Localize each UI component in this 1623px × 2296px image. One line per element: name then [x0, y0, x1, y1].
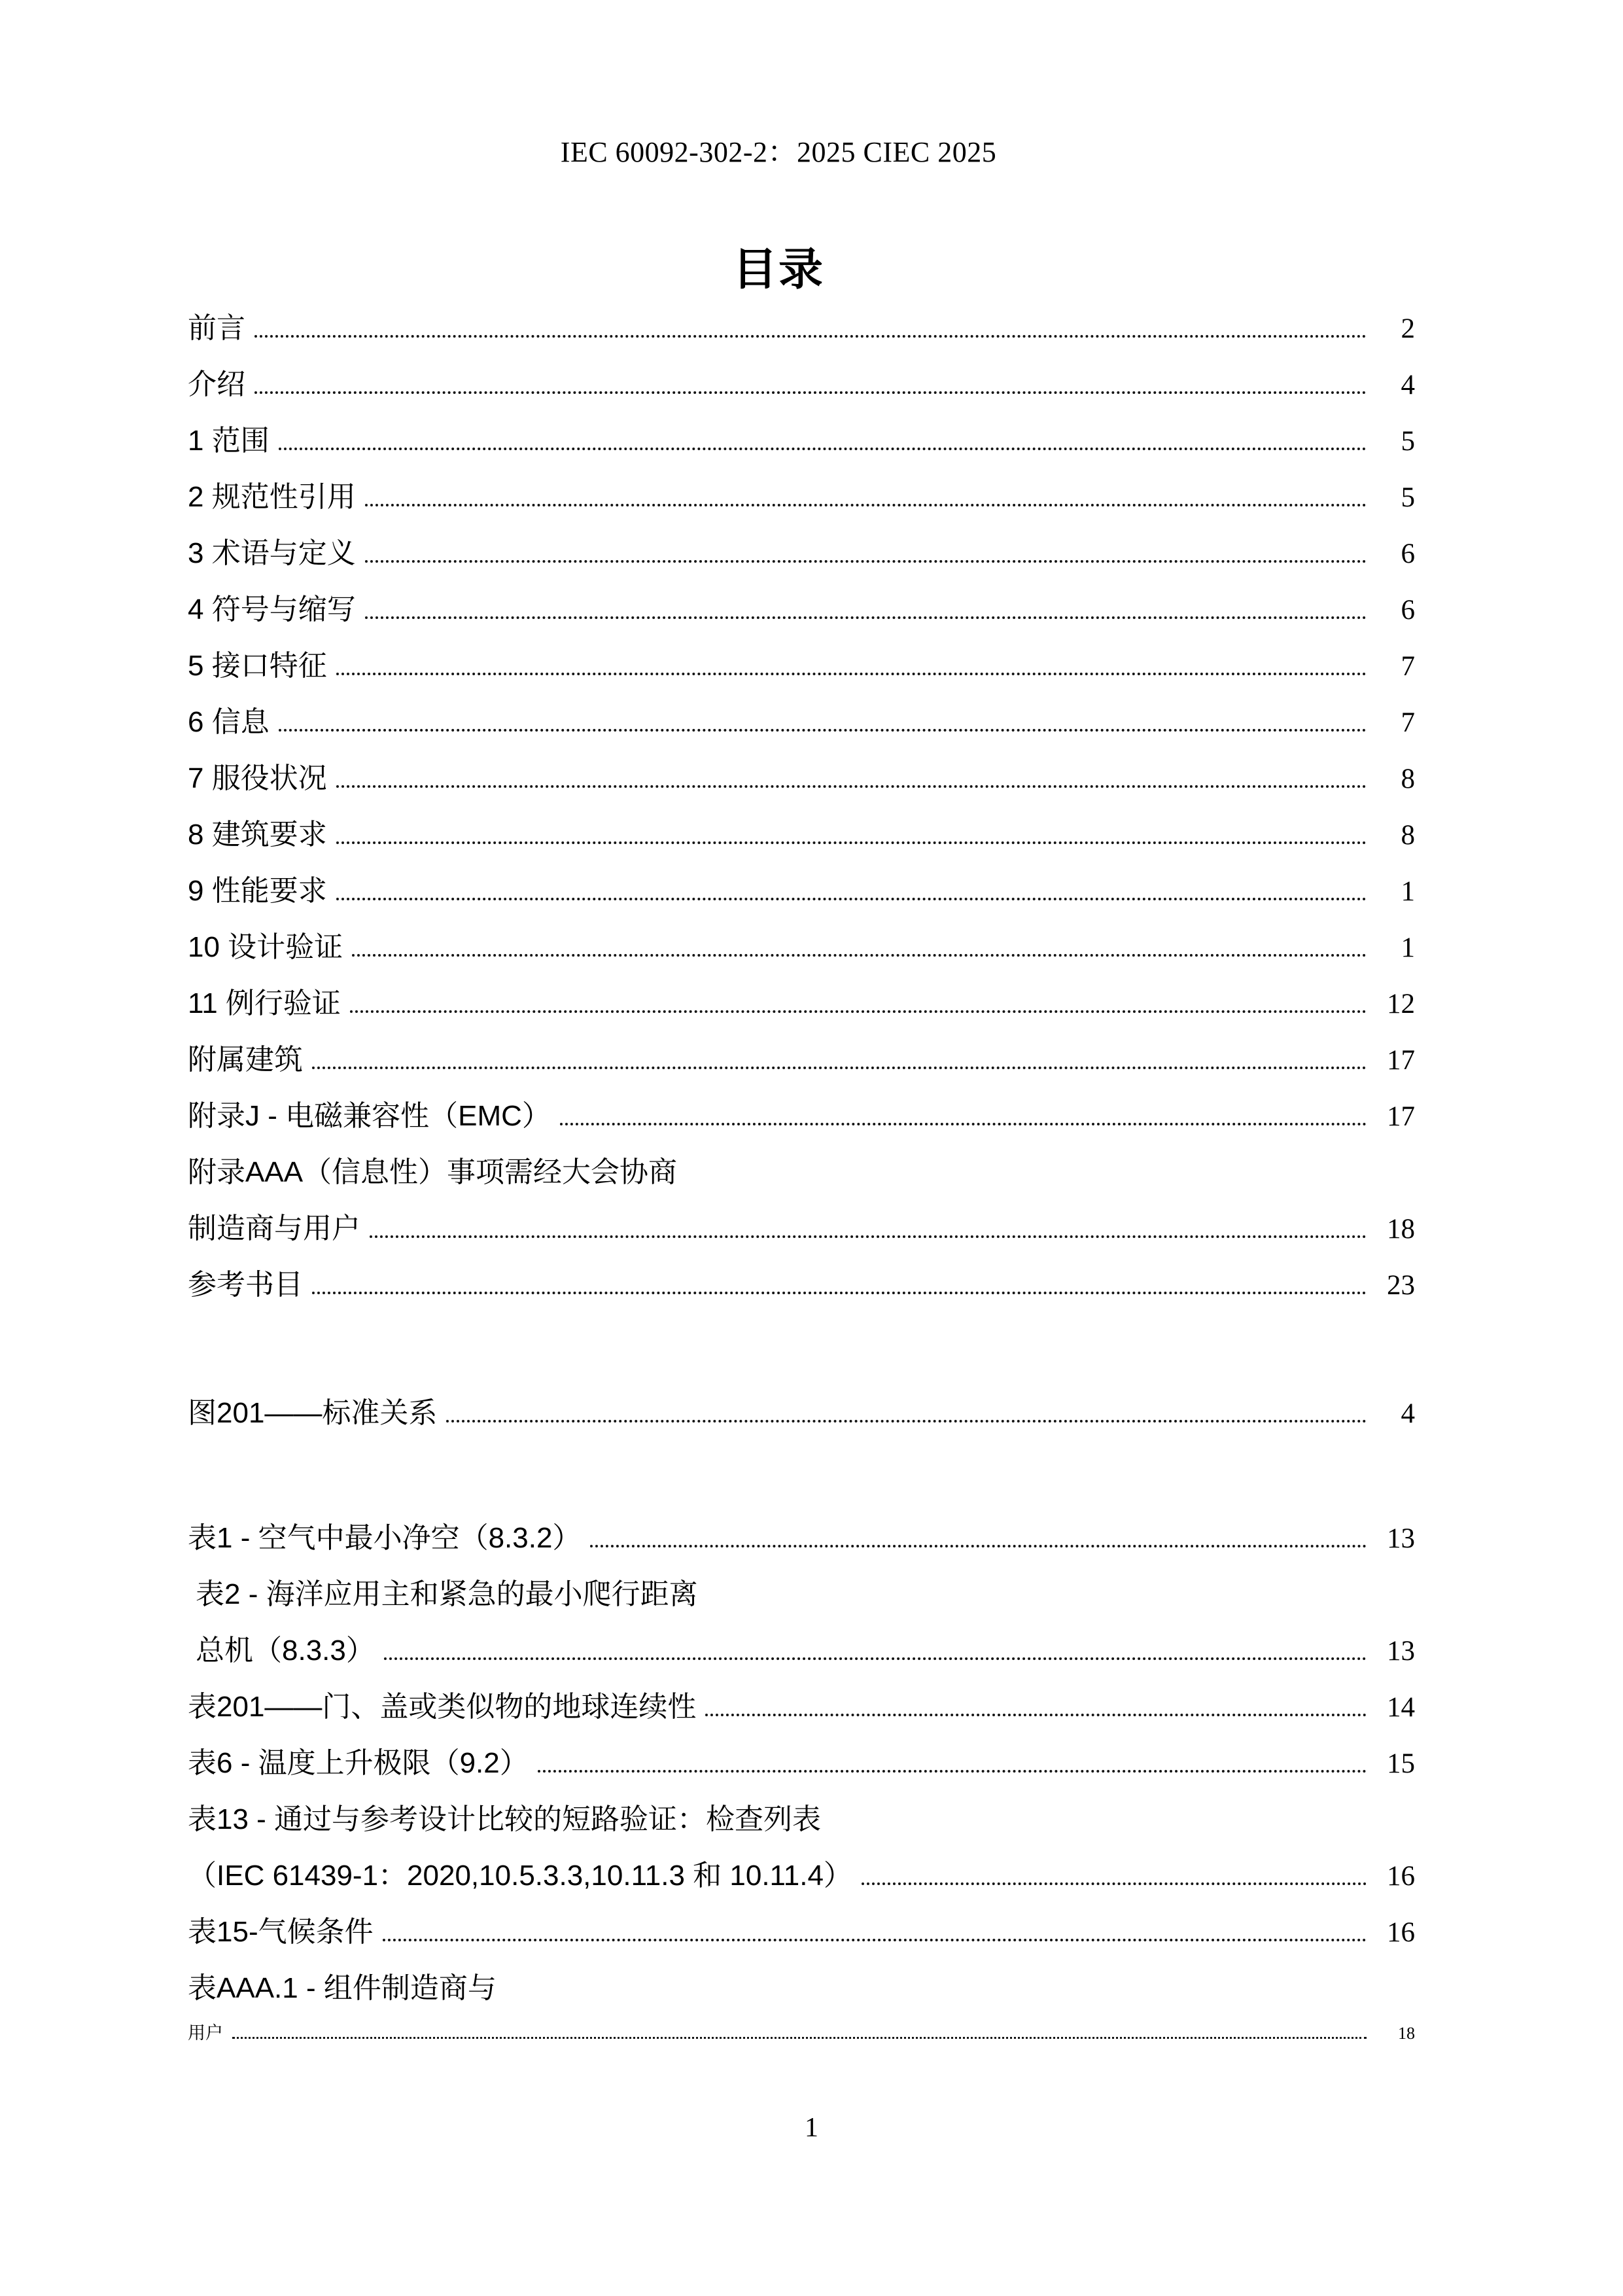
toc-entry[interactable]: 附录J - 电磁兼容性（EMC） 17 [188, 1076, 1415, 1132]
toc-entry[interactable]: 用户 18 [188, 2004, 1415, 2043]
dot-leader [312, 1067, 1367, 1069]
toc-entry[interactable]: 附属建筑 17 [188, 1019, 1415, 1076]
dot-leader [336, 841, 1367, 844]
dot-leader [352, 954, 1367, 957]
toc-entry-page: 8 [1373, 764, 1415, 794]
toc-entry-label: 参考书目 [188, 1269, 303, 1301]
dot-leader [383, 1939, 1367, 1941]
toc-entry-page: 12 [1373, 989, 1415, 1019]
toc-entry[interactable]: 表1 - 空气中最小净空（8.3.2） 13 [188, 1498, 1415, 1554]
toc-entry[interactable]: （IEC 61439-1：2020,10.5.3.3,10.11.3 和 10.… [188, 1835, 1415, 1892]
dot-leader [232, 2037, 1367, 2039]
dot-leader [336, 898, 1367, 900]
dot-leader [336, 785, 1367, 788]
toc-entry[interactable]: 11 例行验证 12 [188, 963, 1415, 1019]
toc-entry[interactable]: 总机（8.3.3） 13 [188, 1610, 1415, 1667]
toc-entry-label: 1 范围 [188, 425, 270, 457]
toc-entry[interactable]: 1 范围 5 [188, 400, 1415, 457]
toc-entry-label: 表15-气候条件 [188, 1916, 374, 1948]
toc-entry-page: 16 [1373, 1917, 1415, 1948]
toc-entry-label: 3 术语与定义 [188, 538, 356, 569]
toc-entry[interactable]: 附录AAA（信息性）事项需经大会协商 [188, 1132, 1415, 1188]
toc-entry-label: 前言 [188, 313, 245, 344]
toc-entry-page: 6 [1373, 539, 1415, 569]
dot-leader [446, 1420, 1367, 1422]
toc-entry-label: 附录J - 电磁兼容性（EMC） [188, 1101, 551, 1132]
toc-figure-group: 图201——标准关系 4 [188, 1373, 1415, 1429]
toc-entry[interactable]: 4 符号与缩写 6 [188, 569, 1415, 626]
page-number-footer: 1 [0, 2112, 1623, 2144]
toc-entry[interactable]: 7 服役状况 8 [188, 738, 1415, 794]
dot-leader [370, 1235, 1367, 1238]
toc-entry-label: 4 符号与缩写 [188, 594, 356, 626]
toc-entry-label: 表AAA.1 - 组件制造商与 [188, 1973, 497, 2004]
toc-entry-page: 2 [1373, 313, 1415, 344]
toc-entry[interactable]: 9 性能要求 1 [188, 851, 1415, 907]
toc-entry-page: 4 [1373, 1398, 1415, 1429]
toc-entry[interactable]: 表AAA.1 - 组件制造商与 [188, 1948, 1415, 2004]
toc-entry-page: 7 [1373, 707, 1415, 738]
dot-leader [538, 1770, 1367, 1773]
toc-chapter-group: 前言 2 介绍 4 1 范围 5 2 规范性引用 5 3 术语与定义 [188, 288, 1415, 1301]
toc-entry[interactable]: 介绍 4 [188, 344, 1415, 400]
toc-entry[interactable]: 制造商与用户 18 [188, 1188, 1415, 1245]
toc-entry-label: 图201——标准关系 [188, 1398, 437, 1429]
dot-leader [365, 504, 1367, 506]
dot-leader [279, 729, 1367, 732]
dot-leader [365, 560, 1367, 563]
toc-entry-page: 17 [1373, 1101, 1415, 1132]
toc-entry-label: 表2 - 海洋应用主和紧急的最小爬行距离 [188, 1579, 698, 1610]
dot-leader [384, 1657, 1367, 1660]
toc-entry-label: 表1 - 空气中最小净空（8.3.2） [188, 1523, 581, 1554]
toc-entry[interactable]: 表201——门、盖或类似物的地球连续性 14 [188, 1667, 1415, 1723]
toc-entry-label: 8 建筑要求 [188, 819, 327, 851]
dot-leader [336, 673, 1367, 675]
toc-entry-label: 总机（8.3.3） [188, 1635, 375, 1667]
dot-leader [350, 1010, 1367, 1013]
toc-entry-label: 10 设计验证 [188, 932, 343, 963]
document-code-header: IEC 60092-302-2：2025 CIEC 2025 [0, 128, 1557, 170]
toc-entry-label: （IEC 61439-1：2020,10.5.3.3,10.11.3 和 10.… [188, 1860, 852, 1892]
toc-entry-label: 介绍 [188, 369, 245, 400]
toc-entry-label: 11 例行验证 [188, 988, 341, 1019]
toc-entry[interactable]: 图201——标准关系 4 [188, 1373, 1415, 1429]
toc-entry[interactable]: 表15-气候条件 16 [188, 1892, 1415, 1948]
toc-entry-page: 18 [1373, 2024, 1415, 2043]
table-of-contents: 前言 2 介绍 4 1 范围 5 2 规范性引用 5 3 术语与定义 [188, 288, 1415, 2043]
toc-entry-page: 5 [1373, 482, 1415, 513]
toc-entry-page: 5 [1373, 426, 1415, 457]
toc-entry-page: 14 [1373, 1692, 1415, 1723]
dot-leader [862, 1882, 1367, 1885]
toc-entry-page: 18 [1373, 1214, 1415, 1245]
toc-entry-page: 8 [1373, 820, 1415, 851]
toc-entry-label: 用户 [188, 2024, 223, 2043]
toc-entry-page: 13 [1373, 1636, 1415, 1667]
toc-entry[interactable]: 5 接口特征 7 [188, 626, 1415, 682]
toc-entry-page: 4 [1373, 370, 1415, 400]
toc-entry-label: 附录AAA（信息性）事项需经大会协商 [188, 1157, 677, 1188]
document-page: IEC 60092-302-2：2025 CIEC 2025 目录 前言 2 介… [0, 0, 1623, 2296]
toc-entry-label: 表13 - 通过与参考设计比较的短路验证：检查列表 [188, 1804, 821, 1835]
toc-entry-page: 7 [1373, 651, 1415, 682]
dot-leader [312, 1292, 1367, 1294]
toc-entry-page: 17 [1373, 1045, 1415, 1076]
dot-leader [254, 335, 1367, 338]
toc-entry-page: 1 [1373, 932, 1415, 963]
dot-leader [590, 1545, 1367, 1547]
toc-entry-label: 6 信息 [188, 707, 270, 738]
toc-table-group: 表1 - 空气中最小净空（8.3.2） 13 表2 - 海洋应用主和紧急的最小爬… [188, 1498, 1415, 2043]
toc-entry-label: 附属建筑 [188, 1044, 303, 1076]
toc-entry-page: 13 [1373, 1523, 1415, 1554]
toc-entry[interactable]: 表13 - 通过与参考设计比较的短路验证：检查列表 [188, 1779, 1415, 1835]
toc-entry-page: 1 [1373, 876, 1415, 907]
dot-leader [365, 616, 1367, 619]
toc-entry[interactable]: 8 建筑要求 8 [188, 794, 1415, 851]
toc-entry-label: 5 接口特征 [188, 650, 327, 682]
dot-leader [560, 1123, 1367, 1125]
toc-entry-page: 6 [1373, 595, 1415, 626]
toc-entry[interactable]: 表2 - 海洋应用主和紧急的最小爬行距离 [188, 1554, 1415, 1610]
dot-leader [279, 448, 1367, 450]
toc-entry-label: 制造商与用户 [188, 1213, 360, 1245]
toc-entry-label: 7 服役状况 [188, 763, 327, 794]
toc-entry-label: 表6 - 温度上升极限（9.2） [188, 1748, 529, 1779]
toc-entry-label: 表201——门、盖或类似物的地球连续性 [188, 1691, 696, 1723]
toc-entry-page: 16 [1373, 1861, 1415, 1892]
toc-entry[interactable]: 3 术语与定义 6 [188, 513, 1415, 569]
dot-leader [254, 391, 1367, 394]
toc-entry[interactable]: 前言 2 [188, 288, 1415, 344]
toc-entry[interactable]: 表6 - 温度上升极限（9.2） 15 [188, 1723, 1415, 1779]
toc-entry-label: 9 性能要求 [188, 875, 327, 907]
toc-entry[interactable]: 6 信息 7 [188, 682, 1415, 738]
toc-entry[interactable]: 2 规范性引用 5 [188, 457, 1415, 513]
dot-leader [705, 1714, 1367, 1716]
toc-entry-label: 2 规范性引用 [188, 482, 356, 513]
toc-entry-page: 23 [1373, 1270, 1415, 1301]
toc-entry-page: 15 [1373, 1748, 1415, 1779]
toc-entry[interactable]: 10 设计验证 1 [188, 907, 1415, 963]
toc-entry[interactable]: 参考书目 23 [188, 1245, 1415, 1301]
